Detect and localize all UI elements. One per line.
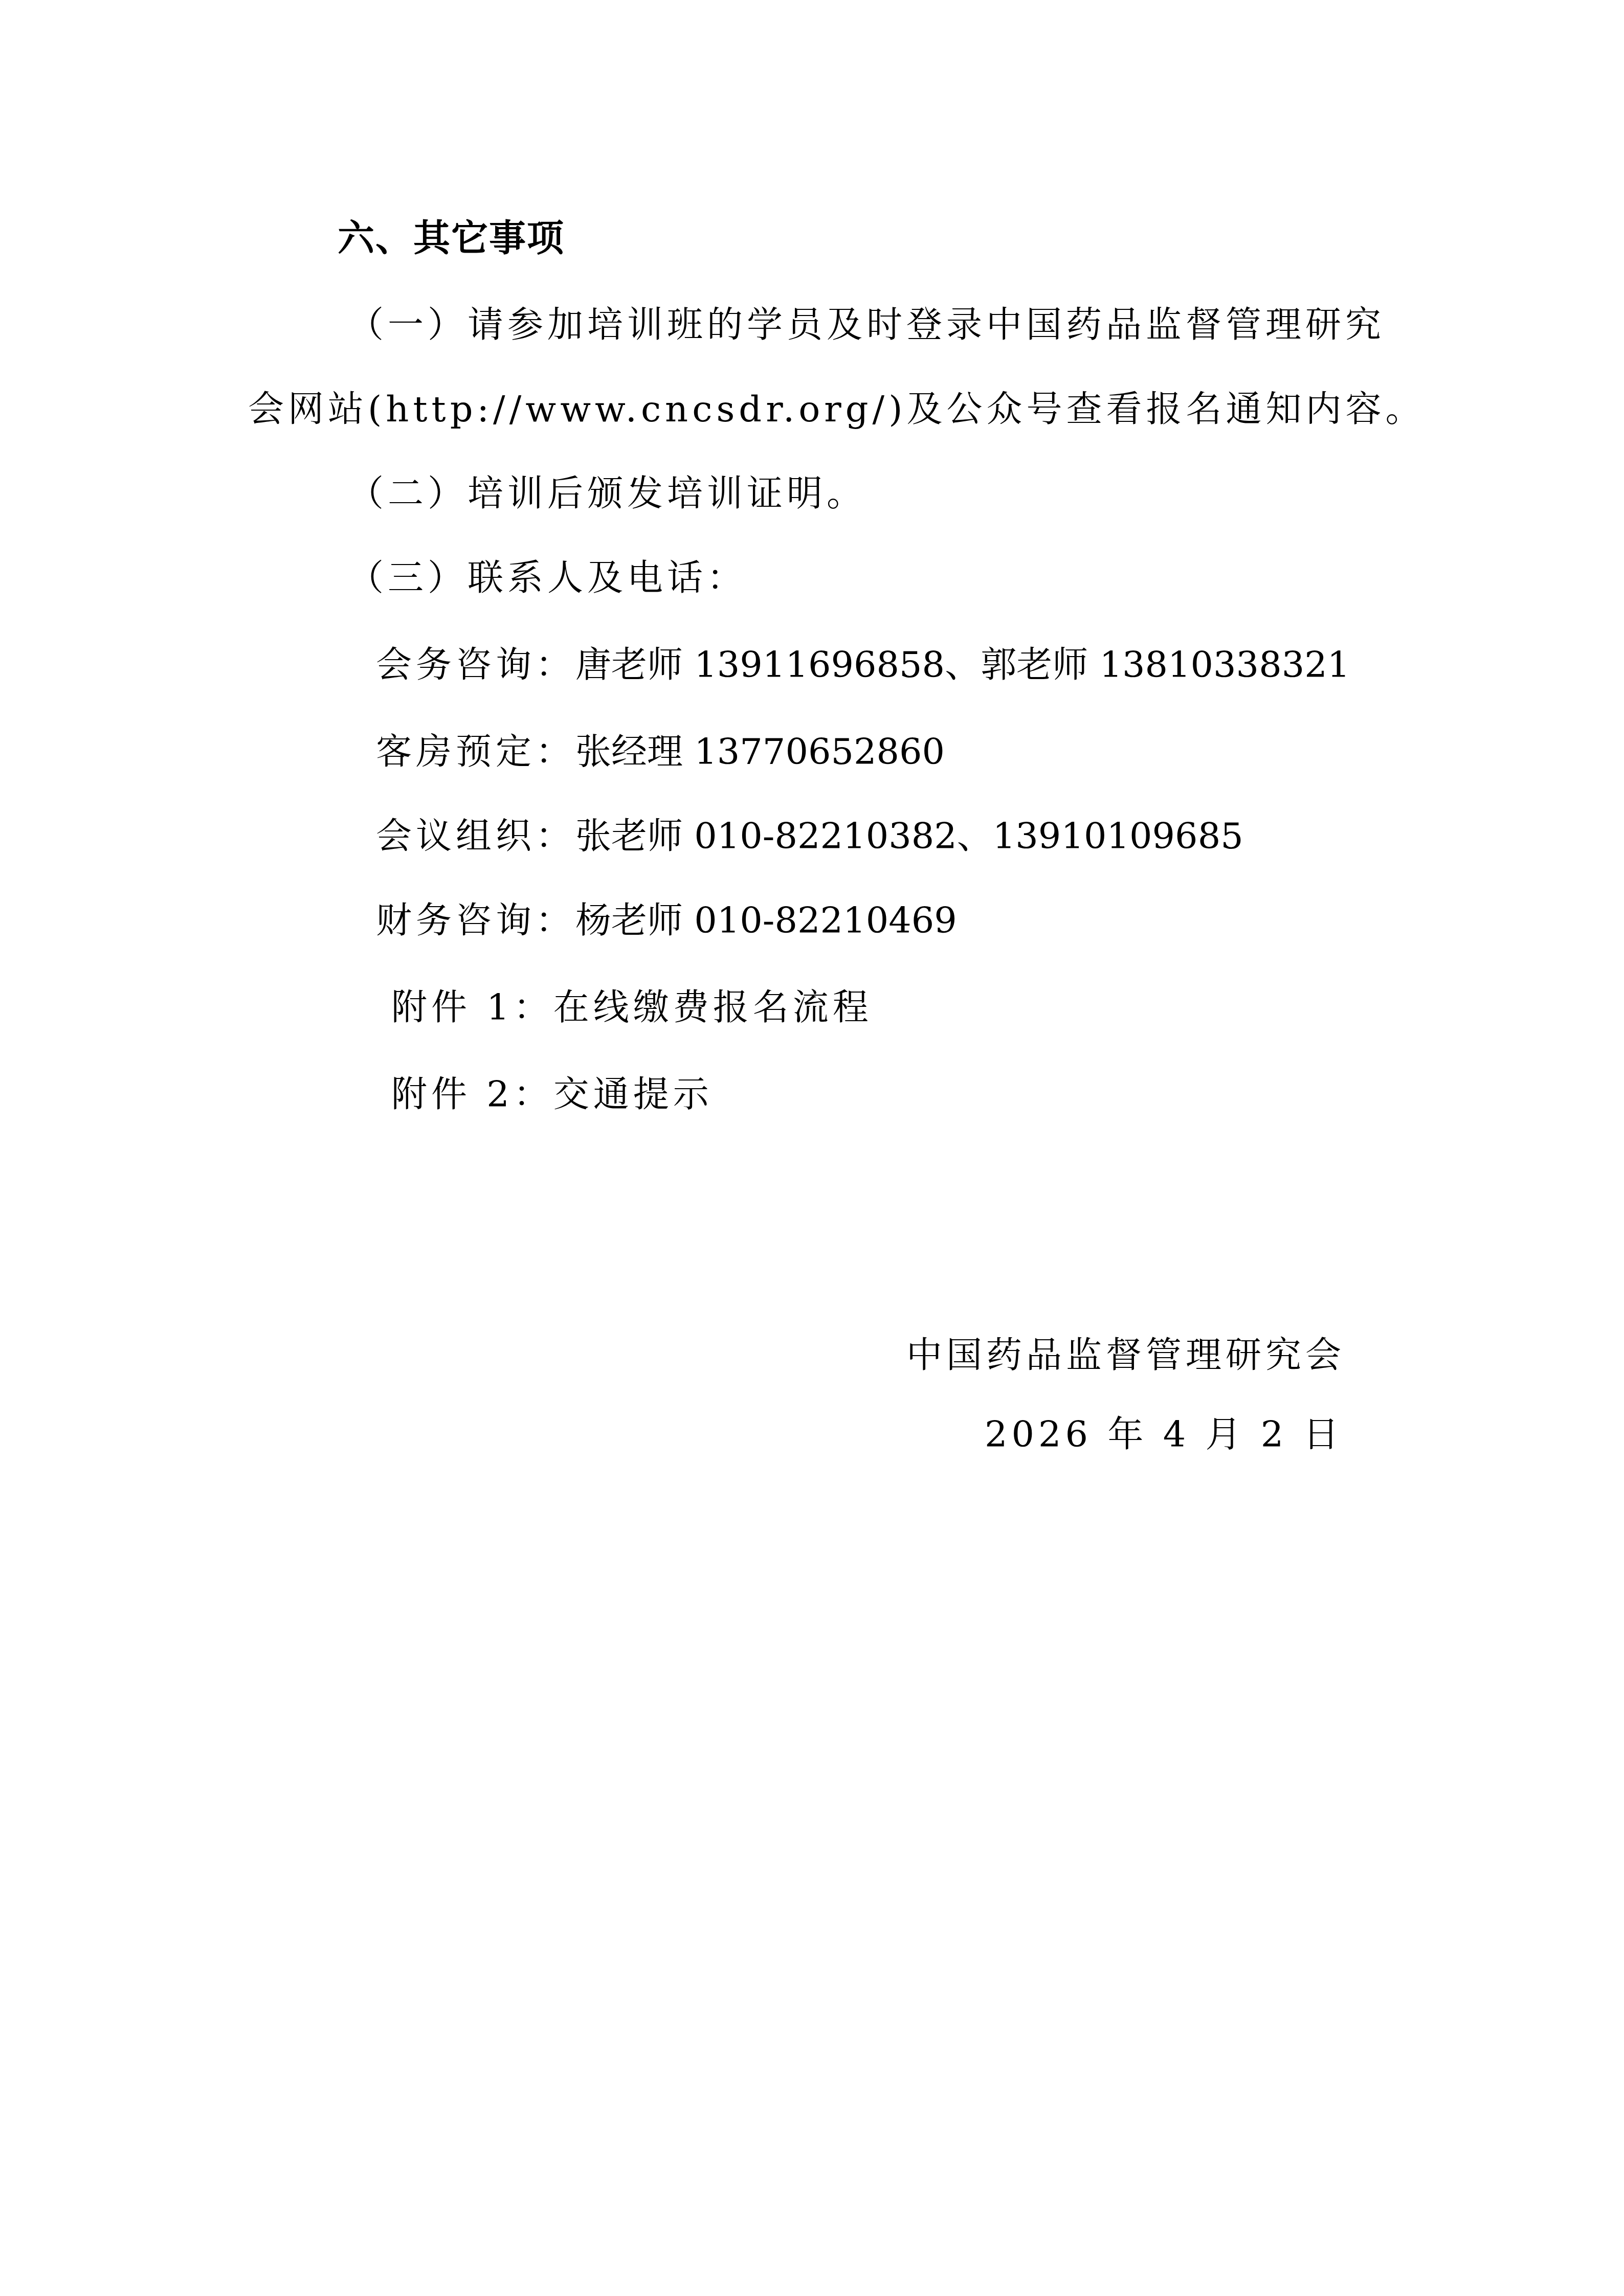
attachment-2: 附件 2：交通提示 (391, 1071, 713, 1117)
contact-finance: 财务咨询：杨老师 010-82210469 (376, 897, 957, 943)
contact-role: 财务咨询： (376, 899, 575, 941)
attachment-label: 附件 1： (391, 986, 553, 1028)
contact-room-booking: 客房预定：张经理 13770652860 (376, 729, 945, 775)
contact-detail: 唐老师 13911696858、郭老师 13810338321 (575, 644, 1350, 686)
item-2: （二）培训后颁发培训证明。 (348, 470, 866, 516)
item-3-label: （三） (348, 557, 468, 599)
contact-meeting-organization: 会议组织：张老师 010-82210382、13910109685 (376, 813, 1243, 859)
attachment-1: 附件 1：在线缴费报名流程 (391, 984, 873, 1030)
item-2-label: （二） (348, 472, 468, 514)
contact-detail: 张老师 010-82210382、13910109685 (575, 815, 1243, 857)
signature-date: 2026 年 4 月 2 日 (985, 1411, 1343, 1457)
item-1-text: 请参加培训班的学员及时登录中国药品监督管理研究 (468, 304, 1385, 346)
item-1-line-1: （一）请参加培训班的学员及时登录中国药品监督管理研究 (348, 302, 1385, 348)
contact-detail: 杨老师 010-82210469 (575, 899, 957, 941)
section-heading: 六、其它事项 (338, 215, 565, 261)
document-page: 六、其它事项 （一）请参加培训班的学员及时登录中国药品监督管理研究 会网站(ht… (0, 0, 1624, 2296)
item-3: （三）联系人及电话： (348, 555, 747, 601)
attachment-title: 在线缴费报名流程 (553, 986, 873, 1028)
contact-meeting-affairs: 会务咨询：唐老师 13911696858、郭老师 13810338321 (376, 642, 1350, 688)
item-3-text: 联系人及电话： (468, 557, 747, 599)
contact-detail: 张经理 13770652860 (575, 731, 945, 773)
item-1-line-2: 会网站(http://www.cncsdr.org/)及公众号查看报名通知内容。 (248, 386, 1425, 432)
attachment-label: 附件 2： (391, 1073, 553, 1115)
contact-role: 客房预定： (376, 731, 575, 773)
item-1-label: （一） (348, 304, 468, 346)
contact-role: 会务咨询： (376, 644, 575, 686)
item-2-text: 培训后颁发培训证明。 (468, 472, 866, 514)
signature-organization: 中国药品监督管理研究会 (906, 1332, 1345, 1378)
contact-role: 会议组织： (376, 815, 575, 857)
attachment-title: 交通提示 (553, 1073, 713, 1115)
